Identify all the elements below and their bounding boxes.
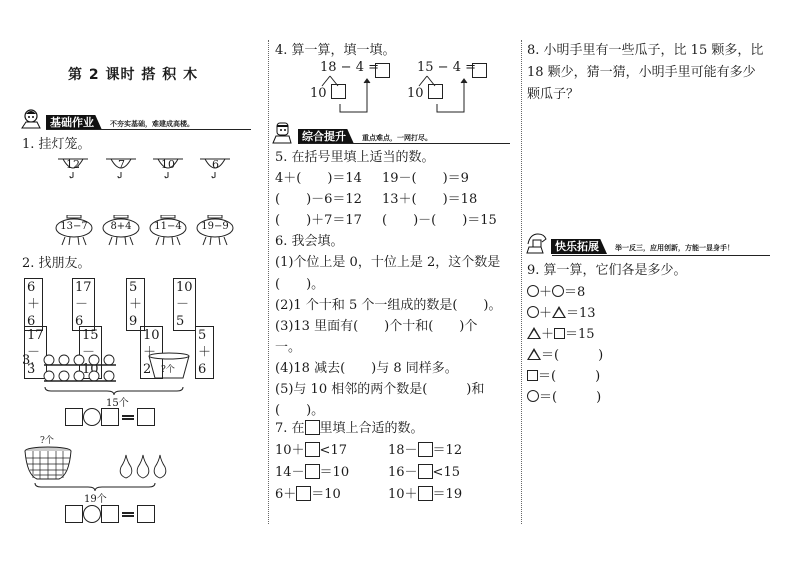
hook-number: 6 (212, 158, 219, 171)
q6-line[interactable]: ( )。 (275, 276, 324, 294)
lesson-title: 第 2 课时 搭 积 木 (68, 64, 198, 84)
q6-line[interactable]: (5)与 10 相邻的两个数是( )和 (275, 381, 484, 399)
hook-number: 7 (118, 158, 125, 171)
expression-card[interactable]: 10－5 (173, 278, 196, 331)
mascot-icon (20, 108, 46, 130)
peaches-illustration (42, 352, 120, 390)
q6-line: 一。 (275, 339, 301, 357)
q7-item: 16－<15 (388, 464, 460, 482)
section-banner-comprehensive: 综合提升 重点难点，一网打尽。 (272, 122, 432, 144)
section-banner-basic: 基础作业 不夯实基础，难建成高楼。 (20, 108, 194, 130)
triangle-icon (527, 327, 541, 339)
operator-circle[interactable] (83, 408, 101, 426)
answer-box[interactable] (305, 464, 320, 479)
q9-equation: ＋＝8 (527, 284, 585, 302)
q7-item: 18－＝12 (388, 442, 462, 460)
q6-line[interactable]: (4)18 减去( )与 8 同样多。 (275, 360, 458, 378)
circle-icon (527, 285, 539, 297)
q5-title: 5. 在括号里填上适当的数。 (275, 149, 435, 167)
q8-line: 8. 小明手里有一些瓜子，比 15 颗多，比 (527, 42, 763, 60)
circle-icon (527, 306, 539, 318)
q9-answer[interactable]: ＝( ) (527, 389, 601, 407)
circle-icon (552, 285, 564, 297)
bowl-illustration: ?个 (148, 352, 190, 382)
q9-title: 9. 算一算，它们各是多少。 (527, 262, 687, 280)
q2-title: 2. 找朋友。 (22, 255, 91, 273)
column-divider-right (521, 40, 522, 524)
pears-illustration (118, 452, 170, 484)
q7-item: 10＋＝19 (388, 486, 462, 504)
basket-illustration (23, 446, 73, 484)
hook-number: 10 (161, 158, 175, 171)
lantern: 8+4 (102, 215, 140, 251)
q6-line[interactable]: ( )。 (275, 402, 324, 420)
square-icon (527, 370, 538, 381)
answer-box[interactable] (418, 464, 433, 479)
total-label: 15个 (106, 394, 129, 409)
column-divider-left (268, 40, 269, 524)
q8-line: 18 颗少，猜一猜，小明手里可能有多少 (527, 64, 756, 82)
section-tag: 综合提升 (298, 129, 354, 144)
mascot-icon (272, 122, 298, 144)
triangle-icon (552, 306, 566, 318)
lantern-expression: 19−9 (196, 221, 234, 232)
answer-box[interactable] (101, 505, 119, 523)
answer-box[interactable] (296, 486, 311, 501)
lantern-expression: 11−4 (149, 221, 187, 232)
hook-number: 12 (66, 158, 80, 171)
equation-text: 18 − 4 = (320, 60, 379, 75)
answer-box[interactable] (418, 442, 433, 457)
q4-equation-1: 18 − 4 = 10 (320, 60, 420, 110)
circle-icon (527, 390, 539, 402)
q8-line: 颗瓜子？ (527, 86, 579, 104)
q9-answer[interactable]: ＝( ) (527, 368, 600, 386)
lantern: 19−9 (196, 215, 234, 251)
expression-card[interactable]: 5＋6 (195, 326, 214, 379)
q4-title: 4. 算一算，填一填。 (275, 42, 396, 60)
q5-item[interactable]: ( )－6＝12 (275, 191, 362, 209)
q6-line[interactable]: (3)13 里面有( )个十和( )个 (275, 318, 477, 336)
q7-title-pre: 7. 在 (275, 421, 305, 436)
lantern: 11−4 (149, 215, 187, 251)
q5-item[interactable]: 4＋( )＝14 (275, 170, 362, 188)
box-icon (305, 420, 320, 435)
mascot-icon (525, 232, 551, 254)
expression-card[interactable]: 17－6 (72, 278, 95, 331)
answer-box[interactable] (305, 442, 320, 457)
split-number: 10 (310, 86, 327, 101)
q9-equation: ＋＝15 (527, 326, 595, 344)
q7-title-post: 里填上合适的数。 (320, 421, 424, 436)
answer-box[interactable] (428, 84, 443, 99)
q5-item[interactable]: ( )－( )＝15 (382, 212, 497, 230)
equals-sign (122, 415, 134, 420)
lantern-expression: 13−7 (55, 221, 93, 232)
answer-box[interactable] (65, 408, 83, 426)
section-tag: 基础作业 (46, 115, 102, 130)
q7-item: 6＋＝10 (275, 486, 341, 504)
expression-card[interactable]: 6＋6 (24, 278, 43, 331)
q5-item[interactable]: ( )＋7＝17 (275, 212, 362, 230)
answer-box[interactable] (418, 486, 433, 501)
equals-sign (122, 512, 134, 517)
operator-circle[interactable] (83, 505, 101, 523)
q3-number: 3. (22, 352, 34, 370)
section-tag: 快乐拓展 (551, 239, 607, 254)
q7-item: 10＋<17 (275, 442, 347, 460)
basket-label: ?个 (40, 433, 54, 446)
answer-box[interactable] (137, 505, 155, 523)
q6-line[interactable]: (1)个位上是 0，十位上是 2，这个数是 (275, 254, 500, 272)
answer-box[interactable] (331, 84, 346, 99)
total-label: 19个 (84, 490, 107, 505)
bowl-label: ?个 (161, 362, 175, 375)
q3-answer-row-2 (65, 505, 155, 523)
answer-box[interactable] (65, 505, 83, 523)
banner-underline (46, 129, 251, 130)
lantern: 13−7 (55, 215, 93, 251)
square-icon (554, 328, 565, 339)
q5-item[interactable]: 19－( )＝9 (382, 170, 469, 188)
equation-text: 15 − 4 = (417, 60, 476, 75)
banner-underline (300, 143, 510, 144)
banner-underline (552, 255, 770, 256)
q9-answer[interactable]: ＝( ) (527, 347, 603, 365)
q7-item: 14－＝10 (275, 464, 349, 482)
section-banner-extension: 快乐拓展 举一反三，应用创新，方能一显身手！ (525, 232, 734, 254)
expression-card[interactable]: 5＋9 (126, 278, 145, 331)
split-number: 10 (407, 86, 424, 101)
q3-answer-row-1 (65, 408, 155, 426)
triangle-icon (527, 348, 541, 360)
q6-title: 6. 我会填。 (275, 233, 344, 251)
q4-equation-2: 15 − 4 = 10 (417, 60, 517, 110)
q6-line[interactable]: (2)1 个十和 5 个一组成的数是( )。 (275, 297, 502, 315)
q5-item[interactable]: 13＋( )＝18 (382, 191, 477, 209)
answer-box[interactable] (101, 408, 119, 426)
q9-equation: ＋＝13 (527, 305, 596, 323)
lantern-expression: 8+4 (102, 221, 140, 232)
answer-box[interactable] (137, 408, 155, 426)
section-slogan: 举一反三，应用创新，方能一显身手！ (607, 242, 734, 254)
q1-title: 1. 挂灯笼。 (22, 136, 91, 154)
q7-title: 7. 在里填上合适的数。 (275, 420, 424, 438)
